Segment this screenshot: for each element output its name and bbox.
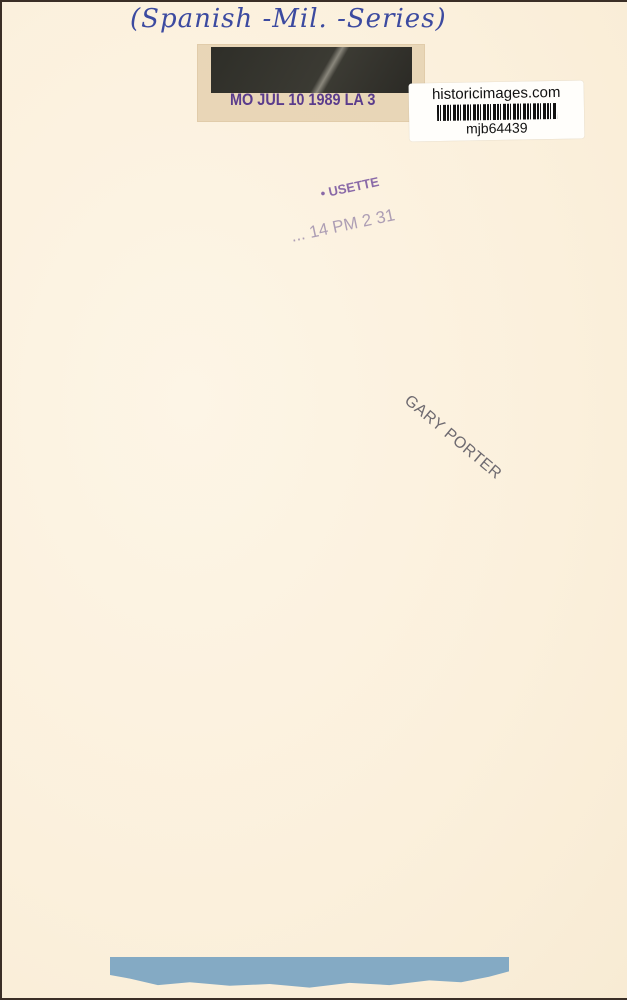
label-id: mjb64439 xyxy=(409,118,584,137)
faint-stamp-time: ... 14 PM 2 31 xyxy=(289,205,397,247)
blue-paper-strip xyxy=(110,957,509,993)
photo-back: (Spanish -Mil. -Series) MO JUL 10 1989 L… xyxy=(2,2,627,998)
archive-label: historicimages.com mjb64439 xyxy=(409,80,585,141)
date-stamp: MO JUL 10 1989 LA 3 xyxy=(230,90,375,110)
photographer-stamp: GARY PORTER xyxy=(400,392,504,484)
photo-fragment xyxy=(211,47,412,93)
faint-stamp-name: • USETTE xyxy=(319,174,380,201)
label-site: historicimages.com xyxy=(409,83,584,103)
